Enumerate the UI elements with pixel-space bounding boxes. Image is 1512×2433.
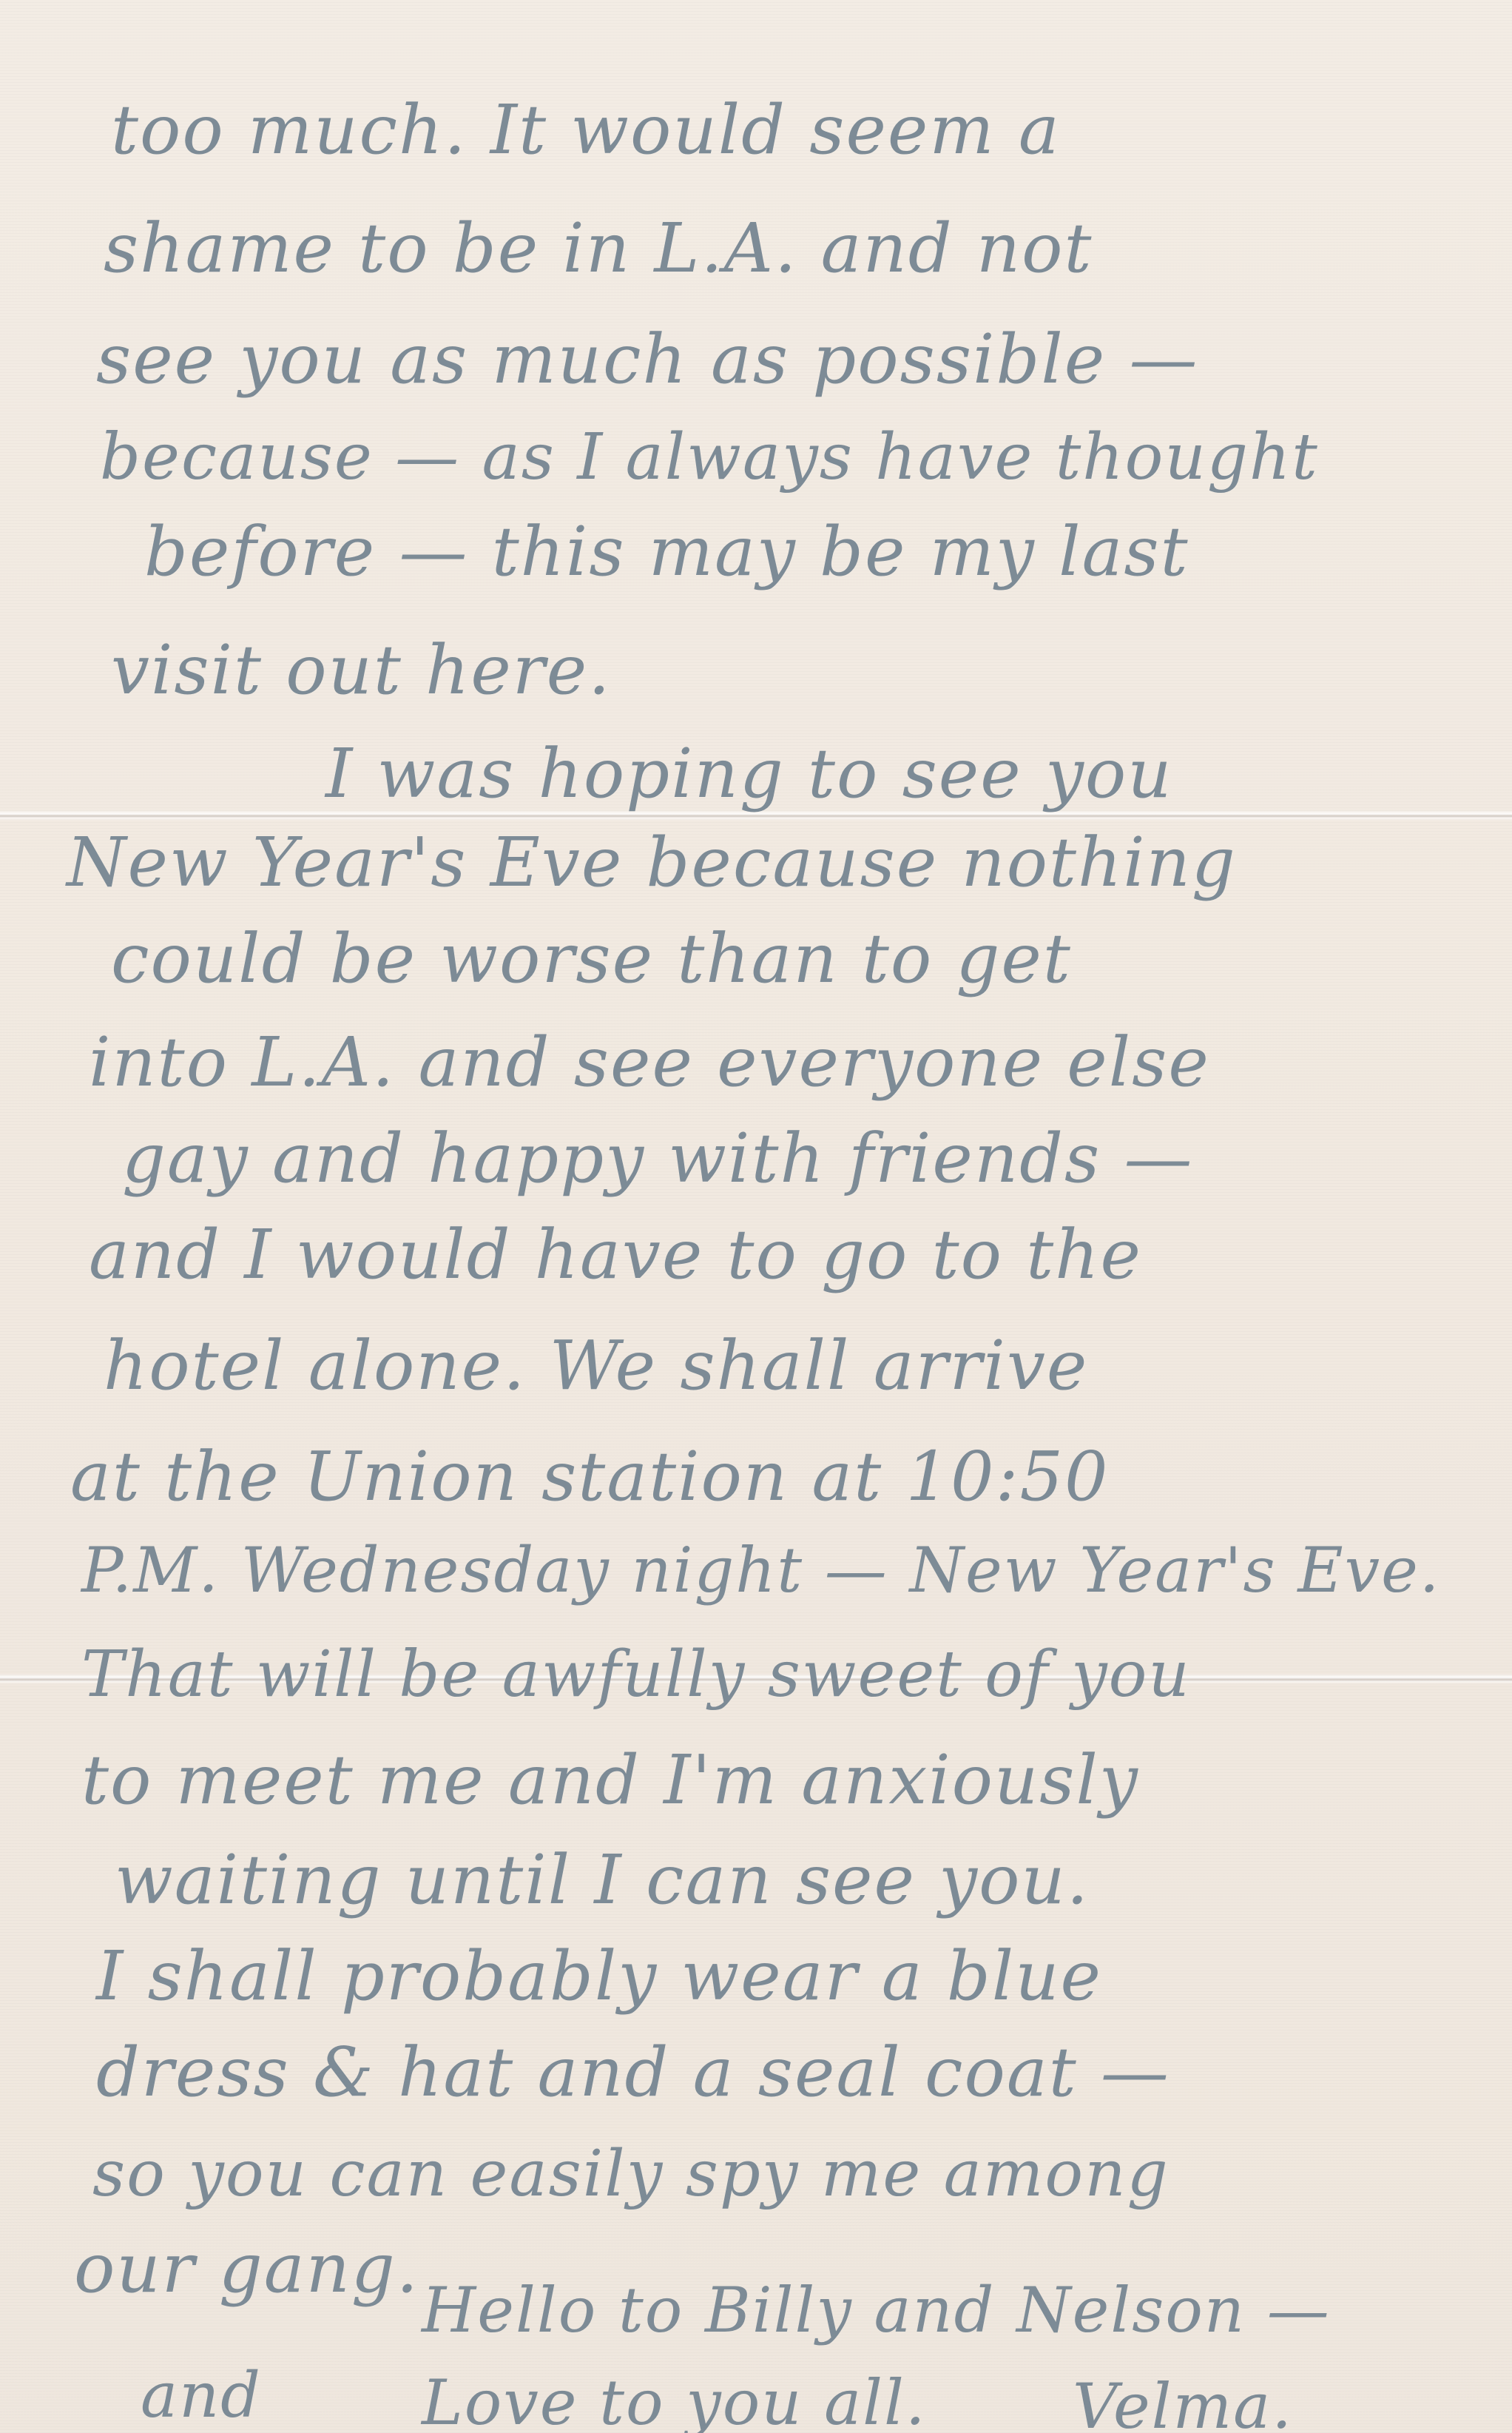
letter-line: visit out here. (111, 636, 611, 704)
letter-page: too much. It would seem a shame to be in… (0, 0, 1512, 2433)
letter-line: too much. It would seem a (111, 96, 1061, 164)
letter-line: see you as much as possible — (96, 326, 1198, 394)
letter-line: because — as I always have thought (100, 425, 1319, 489)
letter-line: before — this may be my last (144, 518, 1189, 586)
letter-line: waiting until I can see you. (115, 1846, 1090, 1914)
letter-line: shame to be in L.A. and not (104, 215, 1093, 283)
letter-line: I shall probably wear a blue (96, 1942, 1102, 2010)
letter-line: dress & hat and a seal coat — (96, 2039, 1170, 2107)
letter-line: so you can easily spy me among (92, 2142, 1170, 2206)
letter-line: New Year's Eve because nothing (67, 829, 1237, 897)
closing-love: Love to you all. (422, 2372, 927, 2433)
letter-line: could be worse than to get (111, 925, 1072, 993)
letter-line: at the Union station at 10:50 (70, 1443, 1110, 1511)
letter-line: P.M. Wednesday night — New Year's Eve. (81, 1539, 1441, 1601)
letter-line: I was hoping to see you (325, 740, 1173, 808)
letter-line: our gang. (74, 2235, 419, 2303)
letter-line: That will be awfully sweet of you (81, 1643, 1191, 1706)
letter-line: into L.A. and see everyone else (89, 1029, 1210, 1097)
letter-line: hotel alone. We shall arrive (104, 1332, 1088, 1400)
letter-line: and I would have to go to the (89, 1221, 1142, 1289)
closing-hello: Hello to Billy and Nelson — (422, 2279, 1331, 2341)
letter-line: to meet me and I'm anxiously (81, 1746, 1139, 1814)
closing-and: and (141, 2364, 262, 2426)
signature: Velma. (1073, 2375, 1293, 2433)
letter-line: gay and happy with friends — (122, 1125, 1193, 1193)
